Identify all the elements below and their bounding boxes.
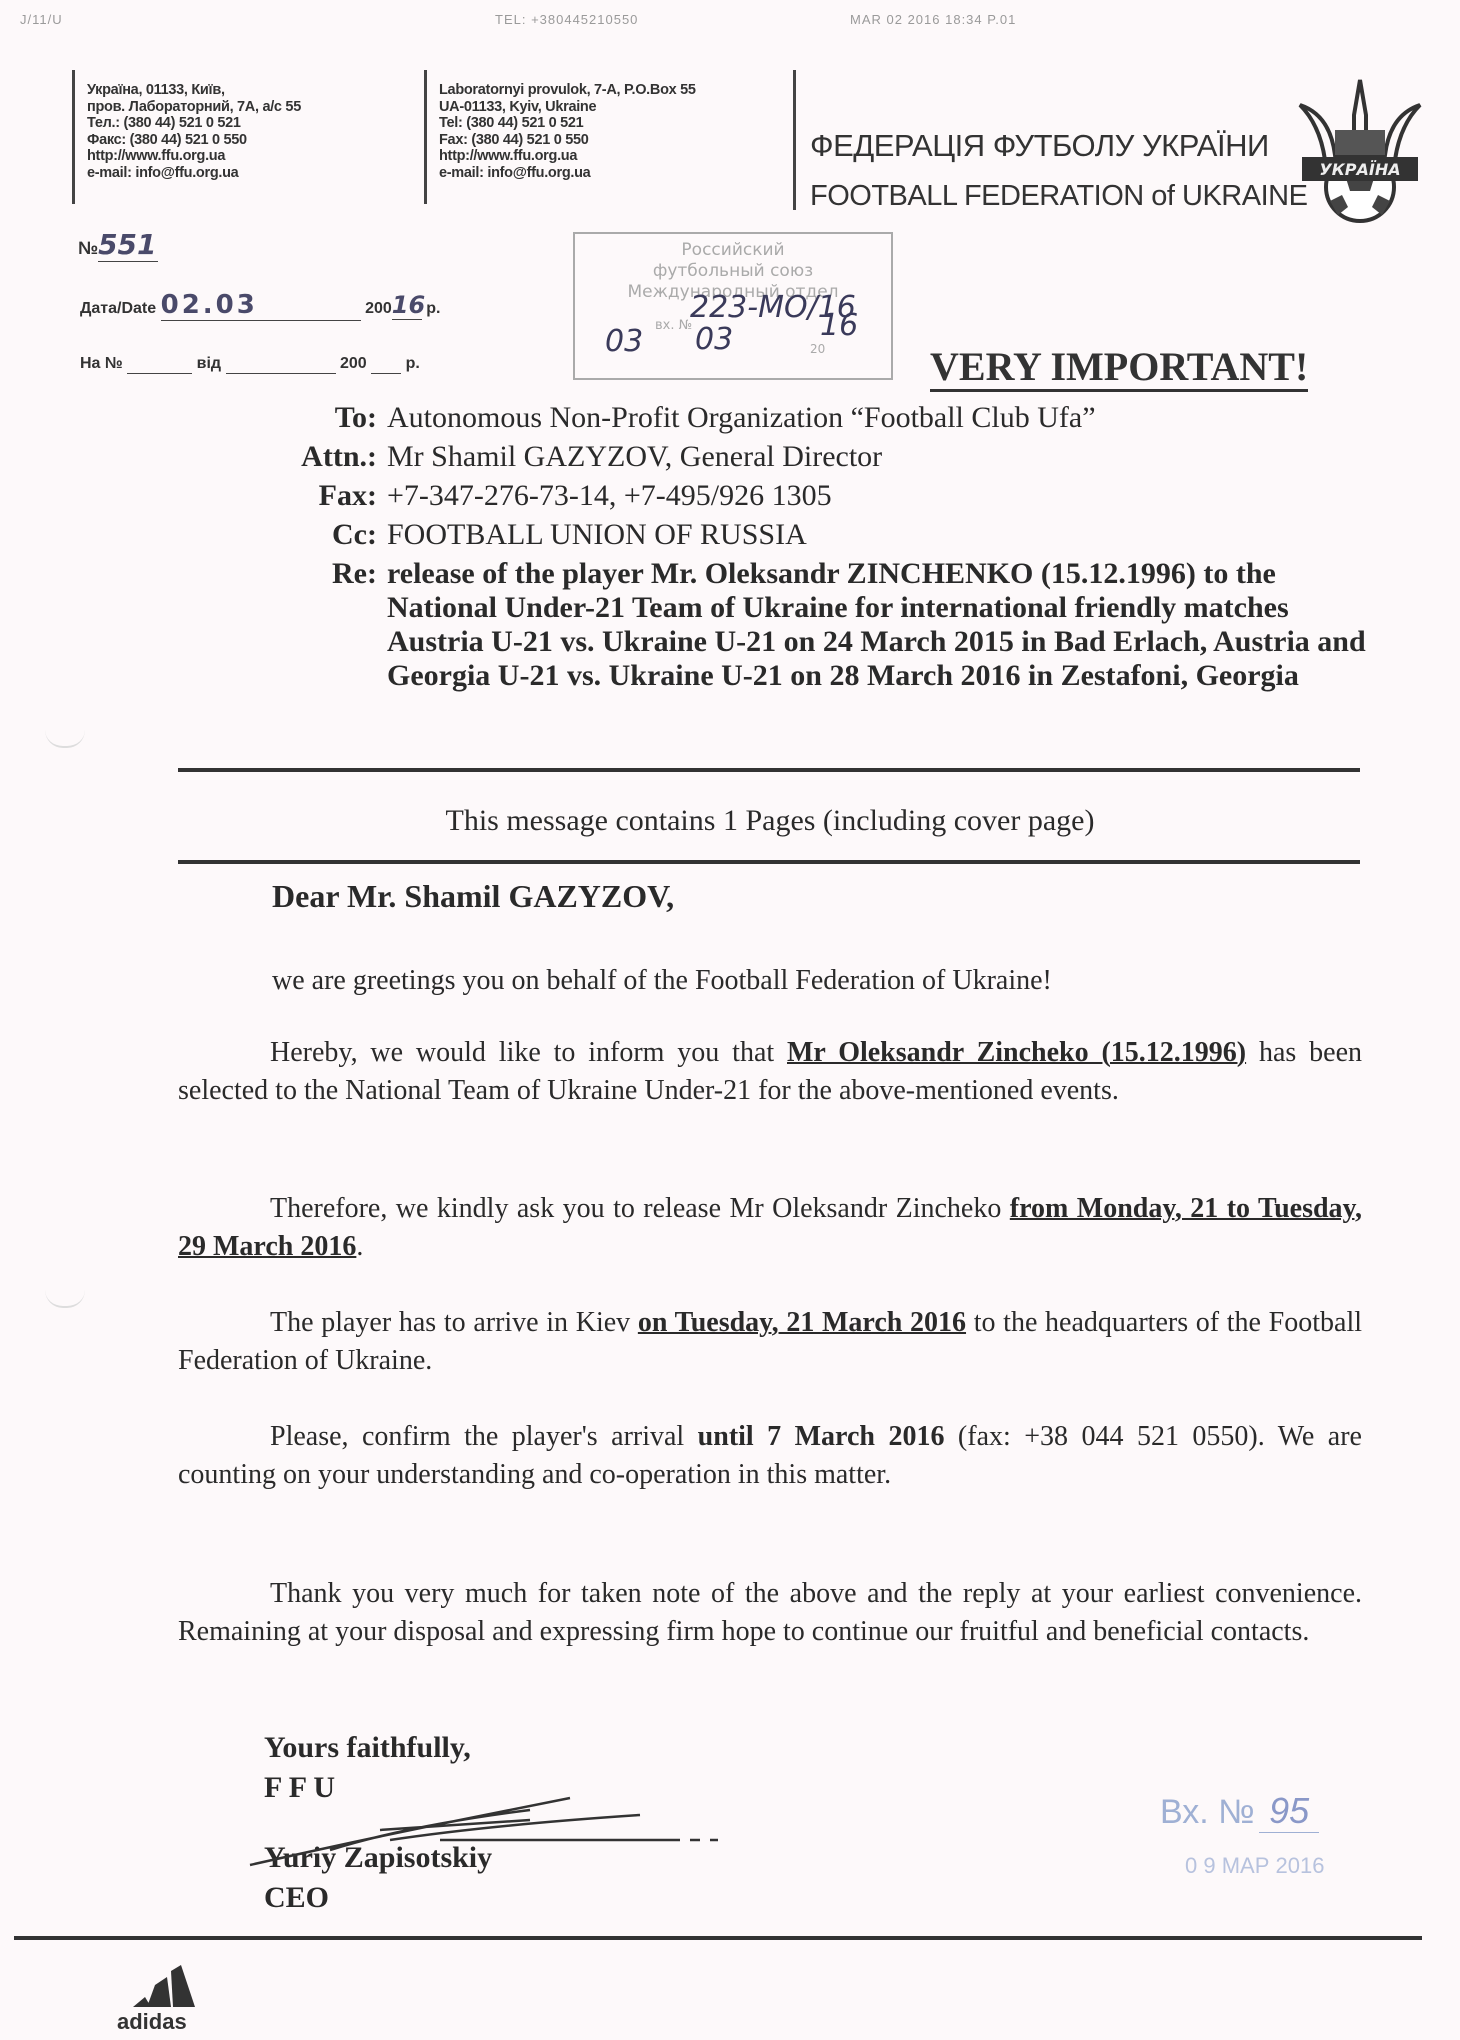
cc-label: Cc: <box>255 515 387 554</box>
number-value: 551 <box>98 228 158 262</box>
attn-value: Mr Shamil GAZYZOV, General Director <box>387 437 1397 476</box>
body-paragraph-selection: Hereby, we would like to inform you that… <box>178 1034 1362 1110</box>
fax-header-timestamp: MAR 02 2016 18:34 P.01 <box>850 12 1016 27</box>
body-paragraph-arrival: The player has to arrive in Kiev on Tues… <box>178 1304 1362 1380</box>
address-line: UA-01133, Kyiv, Ukraine <box>439 99 764 116</box>
stamp-day: 03 <box>605 331 643 352</box>
body-paragraph-thanks: Thank you very much for taken note of th… <box>178 1575 1362 1651</box>
year-suffix: р. <box>426 300 440 317</box>
adidas-logo: adidas <box>115 1965 215 2035</box>
fax: Факс: (380 44) 521 0 550 <box>87 132 332 149</box>
email-link[interactable]: e-mail: info@ffu.org.ua <box>87 165 332 182</box>
address-ukrainian: Україна, 01133, Київ, пров. Лабораторний… <box>72 70 332 204</box>
address-english: Laboratornyi provulok, 7-A, P.O.Box 55 U… <box>424 70 764 204</box>
to-value: Autonomous Non-Profit Organization “Foot… <box>387 398 1397 437</box>
signer-title: CEO <box>264 1878 492 1918</box>
stamp-line: футбольный союз <box>575 261 891 282</box>
page-count-note: This message contains 1 Pages (including… <box>170 804 1370 838</box>
date-field: Дата/Date 02.03 20016 р. <box>80 290 440 321</box>
cc-value: FOOTBALL UNION OF RUSSIA <box>387 515 1397 554</box>
cc-row: Cc: FOOTBALL UNION OF RUSSIA <box>255 515 1397 554</box>
inbox-label: Вх. № <box>1160 1793 1255 1831</box>
attn-label: Attn.: <box>255 437 387 476</box>
to-row: To: Autonomous Non-Profit Organization “… <box>255 398 1397 437</box>
subject-value: release of the player Mr. Oleksandr ZINC… <box>387 554 1387 693</box>
salutation: Dear Mr. Shamil GAZYZOV, <box>272 878 674 915</box>
fax-header-left: J/11/U <box>20 12 63 27</box>
phone: Tel: (380 44) 521 0 521 <box>439 115 764 132</box>
fax: Fax: (380 44) 521 0 550 <box>439 132 764 149</box>
ffu-crest-logo: УКРАЇНА <box>1290 75 1430 225</box>
svg-text:УКРАЇНА: УКРАЇНА <box>1319 160 1400 179</box>
website-link[interactable]: http://www.ffu.org.ua <box>87 148 332 165</box>
number-label: № <box>78 238 98 258</box>
email-link[interactable]: e-mail: info@ffu.org.ua <box>439 165 764 182</box>
adidas-stripes-icon <box>115 1965 215 2010</box>
fax-row: Fax: +7-347-276-73-14, +7-495/926 1305 <box>255 476 1397 515</box>
inbox-received-stamp: Вх. № 95 0 9 МАР 2016 <box>1160 1790 1324 1879</box>
handwritten-signature <box>240 1770 740 1880</box>
divider-rule <box>178 768 1360 772</box>
sponsor-wordmark: adidas <box>117 2009 215 2035</box>
year-value: 16 <box>392 291 422 320</box>
player-name-dob: Mr Oleksandr Zincheko (15.12.1996) <box>787 1037 1246 1068</box>
stamp-line: Российский <box>575 240 891 261</box>
arrival-date: on Tuesday, 21 March 2016 <box>638 1307 966 1338</box>
website-link[interactable]: http://www.ffu.org.ua <box>439 148 764 165</box>
stamp-year-value: 16 <box>820 315 858 336</box>
address-line: пров. Лабораторний, 7А, а/с 55 <box>87 99 332 116</box>
inbox-date: 0 9 МАР 2016 <box>1185 1853 1324 1879</box>
address-line: Україна, 01133, Київ, <box>87 82 332 99</box>
body-paragraph-confirmation: Please, confirm the player's arrival unt… <box>178 1418 1362 1494</box>
fax-value: +7-347-276-73-14, +7-495/926 1305 <box>387 476 1397 515</box>
letterhead-divider <box>793 70 796 210</box>
punch-hole-mark <box>45 730 85 748</box>
to-label: To: <box>255 398 387 437</box>
attn-row: Attn.: Mr Shamil GAZYZOV, General Direct… <box>255 437 1397 476</box>
fax-header-fields: To: Autonomous Non-Profit Organization “… <box>255 398 1397 693</box>
phone: Тел.: (380 44) 521 0 521 <box>87 115 332 132</box>
year-prefix: 200 <box>365 300 392 317</box>
urgency-banner: VERY IMPORTANT! <box>930 345 1308 392</box>
greeting-paragraph: we are greetings you on behalf of the Fo… <box>272 962 1272 1000</box>
date-value: 02.03 <box>161 290 361 321</box>
outgoing-number: №551 <box>78 228 158 262</box>
inbox-number: 95 <box>1259 1790 1319 1833</box>
subject-label: Re: <box>255 554 387 693</box>
reply-number-label: На № <box>80 355 123 372</box>
address-line: Laboratornyi provulok, 7-A, P.O.Box 55 <box>439 82 764 99</box>
fax-header-sender: TEL: +380445210550 <box>495 12 638 27</box>
valediction: Yours faithfully, <box>264 1728 492 1768</box>
reply-from-label: від <box>197 355 221 372</box>
footer-rule <box>14 1936 1422 1940</box>
org-name-ukrainian: ФЕДЕРАЦІЯ ФУТБОЛУ УКРАЇНИ <box>810 128 1269 164</box>
reply-reference-field: На № від 200 р. <box>80 355 420 374</box>
confirmation-deadline: until 7 March 2016 <box>698 1421 945 1452</box>
divider-rule <box>178 860 1360 864</box>
date-label: Дата/Date <box>80 300 156 317</box>
punch-hole-mark <box>45 1290 85 1308</box>
incoming-registration-stamp: Российский футбольный союз Международный… <box>573 232 893 380</box>
stamp-number-label: вх. № <box>655 315 692 336</box>
reply-year-prefix: 200 <box>340 355 367 372</box>
subject-row: Re: release of the player Mr. Oleksandr … <box>255 554 1397 693</box>
stamp-month: 03 <box>695 329 733 350</box>
reply-year-suffix: р. <box>406 355 420 372</box>
org-name-english: FOOTBALL FEDERATION of UKRAINE <box>810 180 1307 213</box>
fax-label: Fax: <box>255 476 387 515</box>
body-paragraph-release-request: Therefore, we kindly ask you to release … <box>178 1190 1362 1266</box>
